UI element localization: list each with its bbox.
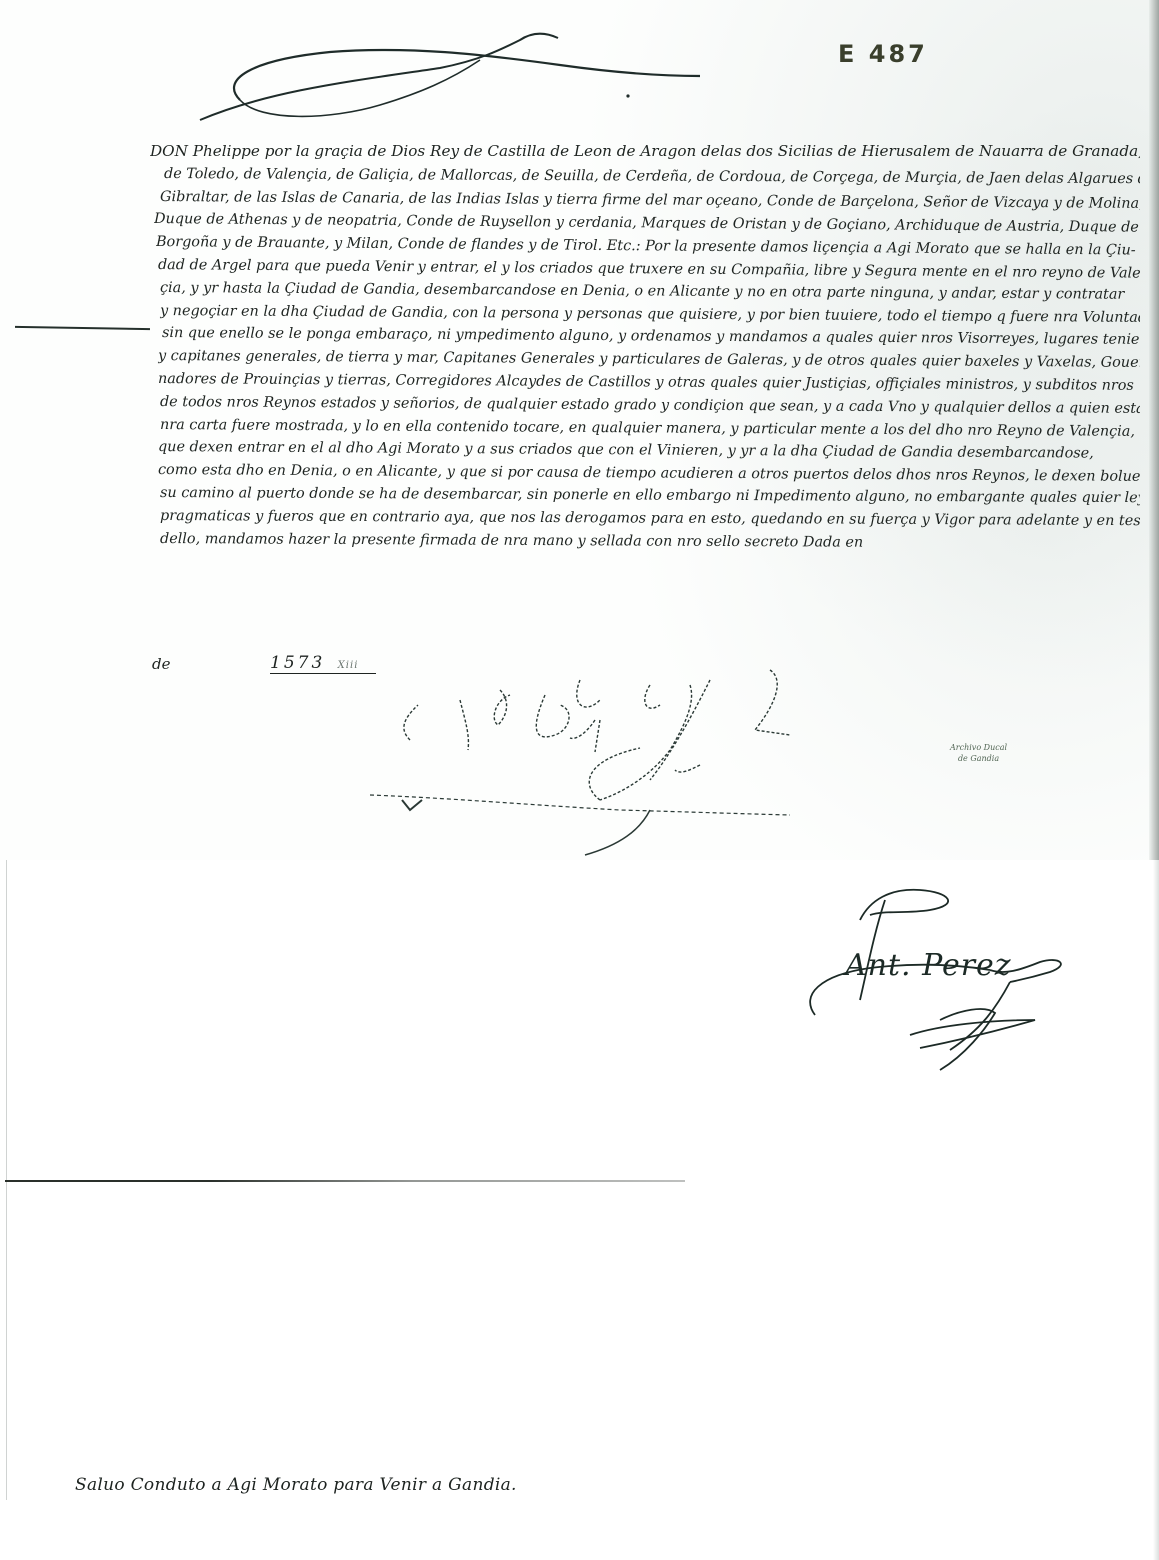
document-body: DON Phelippe por la graçia de Dios Rey d… (150, 140, 1140, 550)
date-year-value: 1573 (270, 653, 325, 673)
body-line: dello, mandamos hazer la presente firmad… (160, 528, 1140, 556)
document-caption: Saluo Conduto a Agi Morato para Venir a … (75, 1475, 517, 1495)
sheet-separator-rule (5, 1180, 685, 1182)
archive-note-line2: de Gandia (950, 753, 1007, 764)
sheet-edge-shadow (1149, 0, 1159, 860)
royal-signature-icon: Yo el Rey (370, 660, 790, 860)
flourish-ornament-icon (180, 10, 700, 130)
body-line: DON Phelippe por la graçia de Dios Rey d… (150, 140, 1140, 163)
scanned-document-page: E 487 DON Phelippe por la graçia de Dios… (0, 0, 1159, 1560)
date-year: 1573 Xiii (270, 653, 376, 674)
sheet-edge-shadow-lower (1153, 860, 1159, 1560)
date-year-suffix: Xiii (338, 660, 359, 671)
archive-note-line1: Archivo Ducal (950, 742, 1007, 753)
archive-catalog-number: E 487 (838, 40, 928, 68)
secretary-signature: Ant. Perez (845, 948, 1012, 983)
date-prefix: de (152, 655, 170, 673)
archive-note: Archivo Ducal de Gandia (950, 742, 1007, 764)
